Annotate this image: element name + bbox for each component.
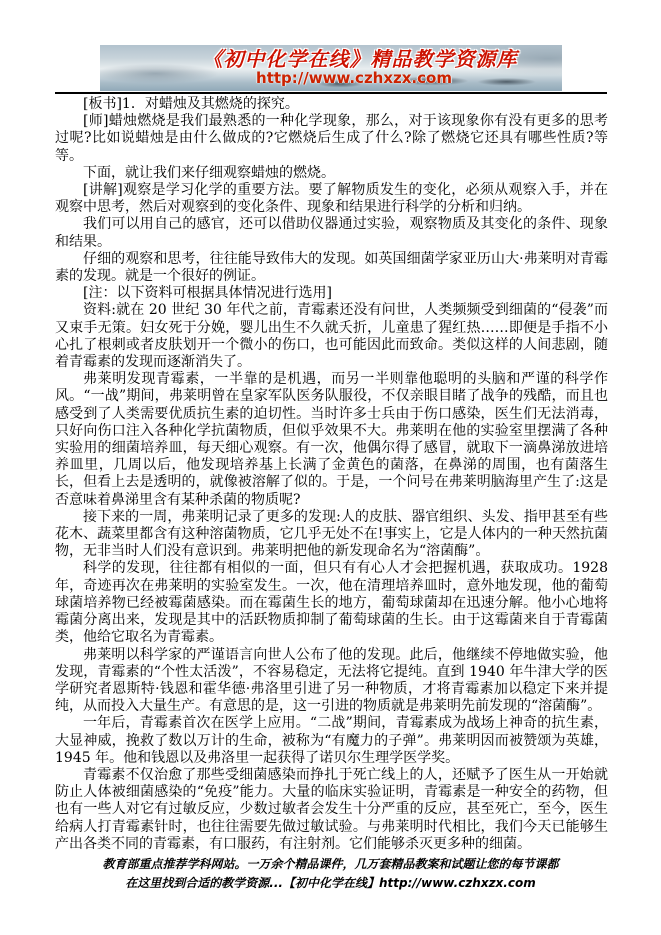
paragraph-board-note: [板书]1．对蜡烛及其燃烧的探究。	[55, 96, 608, 113]
paragraph-material: 资料:就在 20 世纪 30 年代之前，青霉素还没有问世，人类频频受到细菌的“侵…	[55, 302, 608, 371]
banner-site-title: 《初中化学在线》精品教学资源库	[100, 48, 562, 70]
paragraph-note: [注：以下资料可根据具体情况进行选用]	[55, 285, 608, 302]
paragraph: 弗莱明以科学家的严谨语言向世人公布了他的发现。此后，他继续不停地做实验，他发现，…	[55, 647, 608, 716]
paragraph-explain: [讲解]观察是学习化学的重要方法。要了解物质发生的变化，必须从观察入手，并在观察…	[55, 182, 608, 216]
paragraph: 青霉素不仅治愈了那些受细菌感染而挣扎于死亡线上的人，还赋予了医生从一开始就防止人…	[55, 767, 608, 853]
paragraph-teacher: [师]蜡烛燃烧是我们最熟悉的一种化学现象，那么，对于该现象你有没有更多的思考过呢…	[55, 113, 608, 165]
header-divider	[55, 92, 607, 94]
paragraph: 一年后，青霉素首次在医学上应用。“二战”期间，青霉素成为战场上神奇的抗生素，大显…	[55, 715, 608, 767]
footer-site-url[interactable]: http://www.czhxzx.com	[379, 876, 536, 890]
paragraph: 仔细的观察和思考，往往能导致伟大的发现。如英国细菌学家亚历山大·弗莱明对青霉素的…	[55, 251, 608, 285]
banner-site-url[interactable]: http://www.czhxzx.com	[100, 70, 562, 87]
paragraph: 弗莱明发现青霉素，一半靠的是机遇，而另一半则靠他聪明的头脑和严谨的科学作风。“一…	[55, 371, 608, 509]
paragraph: 下面，就让我们来仔细观察蜡烛的燃烧。	[55, 165, 608, 182]
footer-site-name: 【初中化学在线】	[283, 876, 379, 890]
paragraph: 科学的发现，往往都有相似的一面，但只有有心人才会把握机遇，获取成功。1928 年…	[55, 560, 608, 646]
page-footer: 教育部重点推荐学科网站。一万余个精品课件，几万套精品教案和试题让您的每节课都在这…	[100, 855, 561, 893]
site-banner-image: 《初中化学在线》精品教学资源库 http://www.czhxzx.com	[100, 45, 562, 91]
document-body: [板书]1．对蜡烛及其燃烧的探究。 [师]蜡烛燃烧是我们最熟悉的一种化学现象，那…	[55, 96, 608, 853]
paragraph: 我们可以用自己的感官，还可以借助仪器通过实验，观察物质及其变化的条件、现象和结果…	[55, 216, 608, 250]
paragraph: 接下来的一周，弗莱明记录了更多的发现:人的皮肤、器官组织、头发、指甲甚至有些花木…	[55, 509, 608, 561]
document-page: 《初中化学在线》精品教学资源库 http://www.czhxzx.com [板…	[0, 0, 661, 935]
